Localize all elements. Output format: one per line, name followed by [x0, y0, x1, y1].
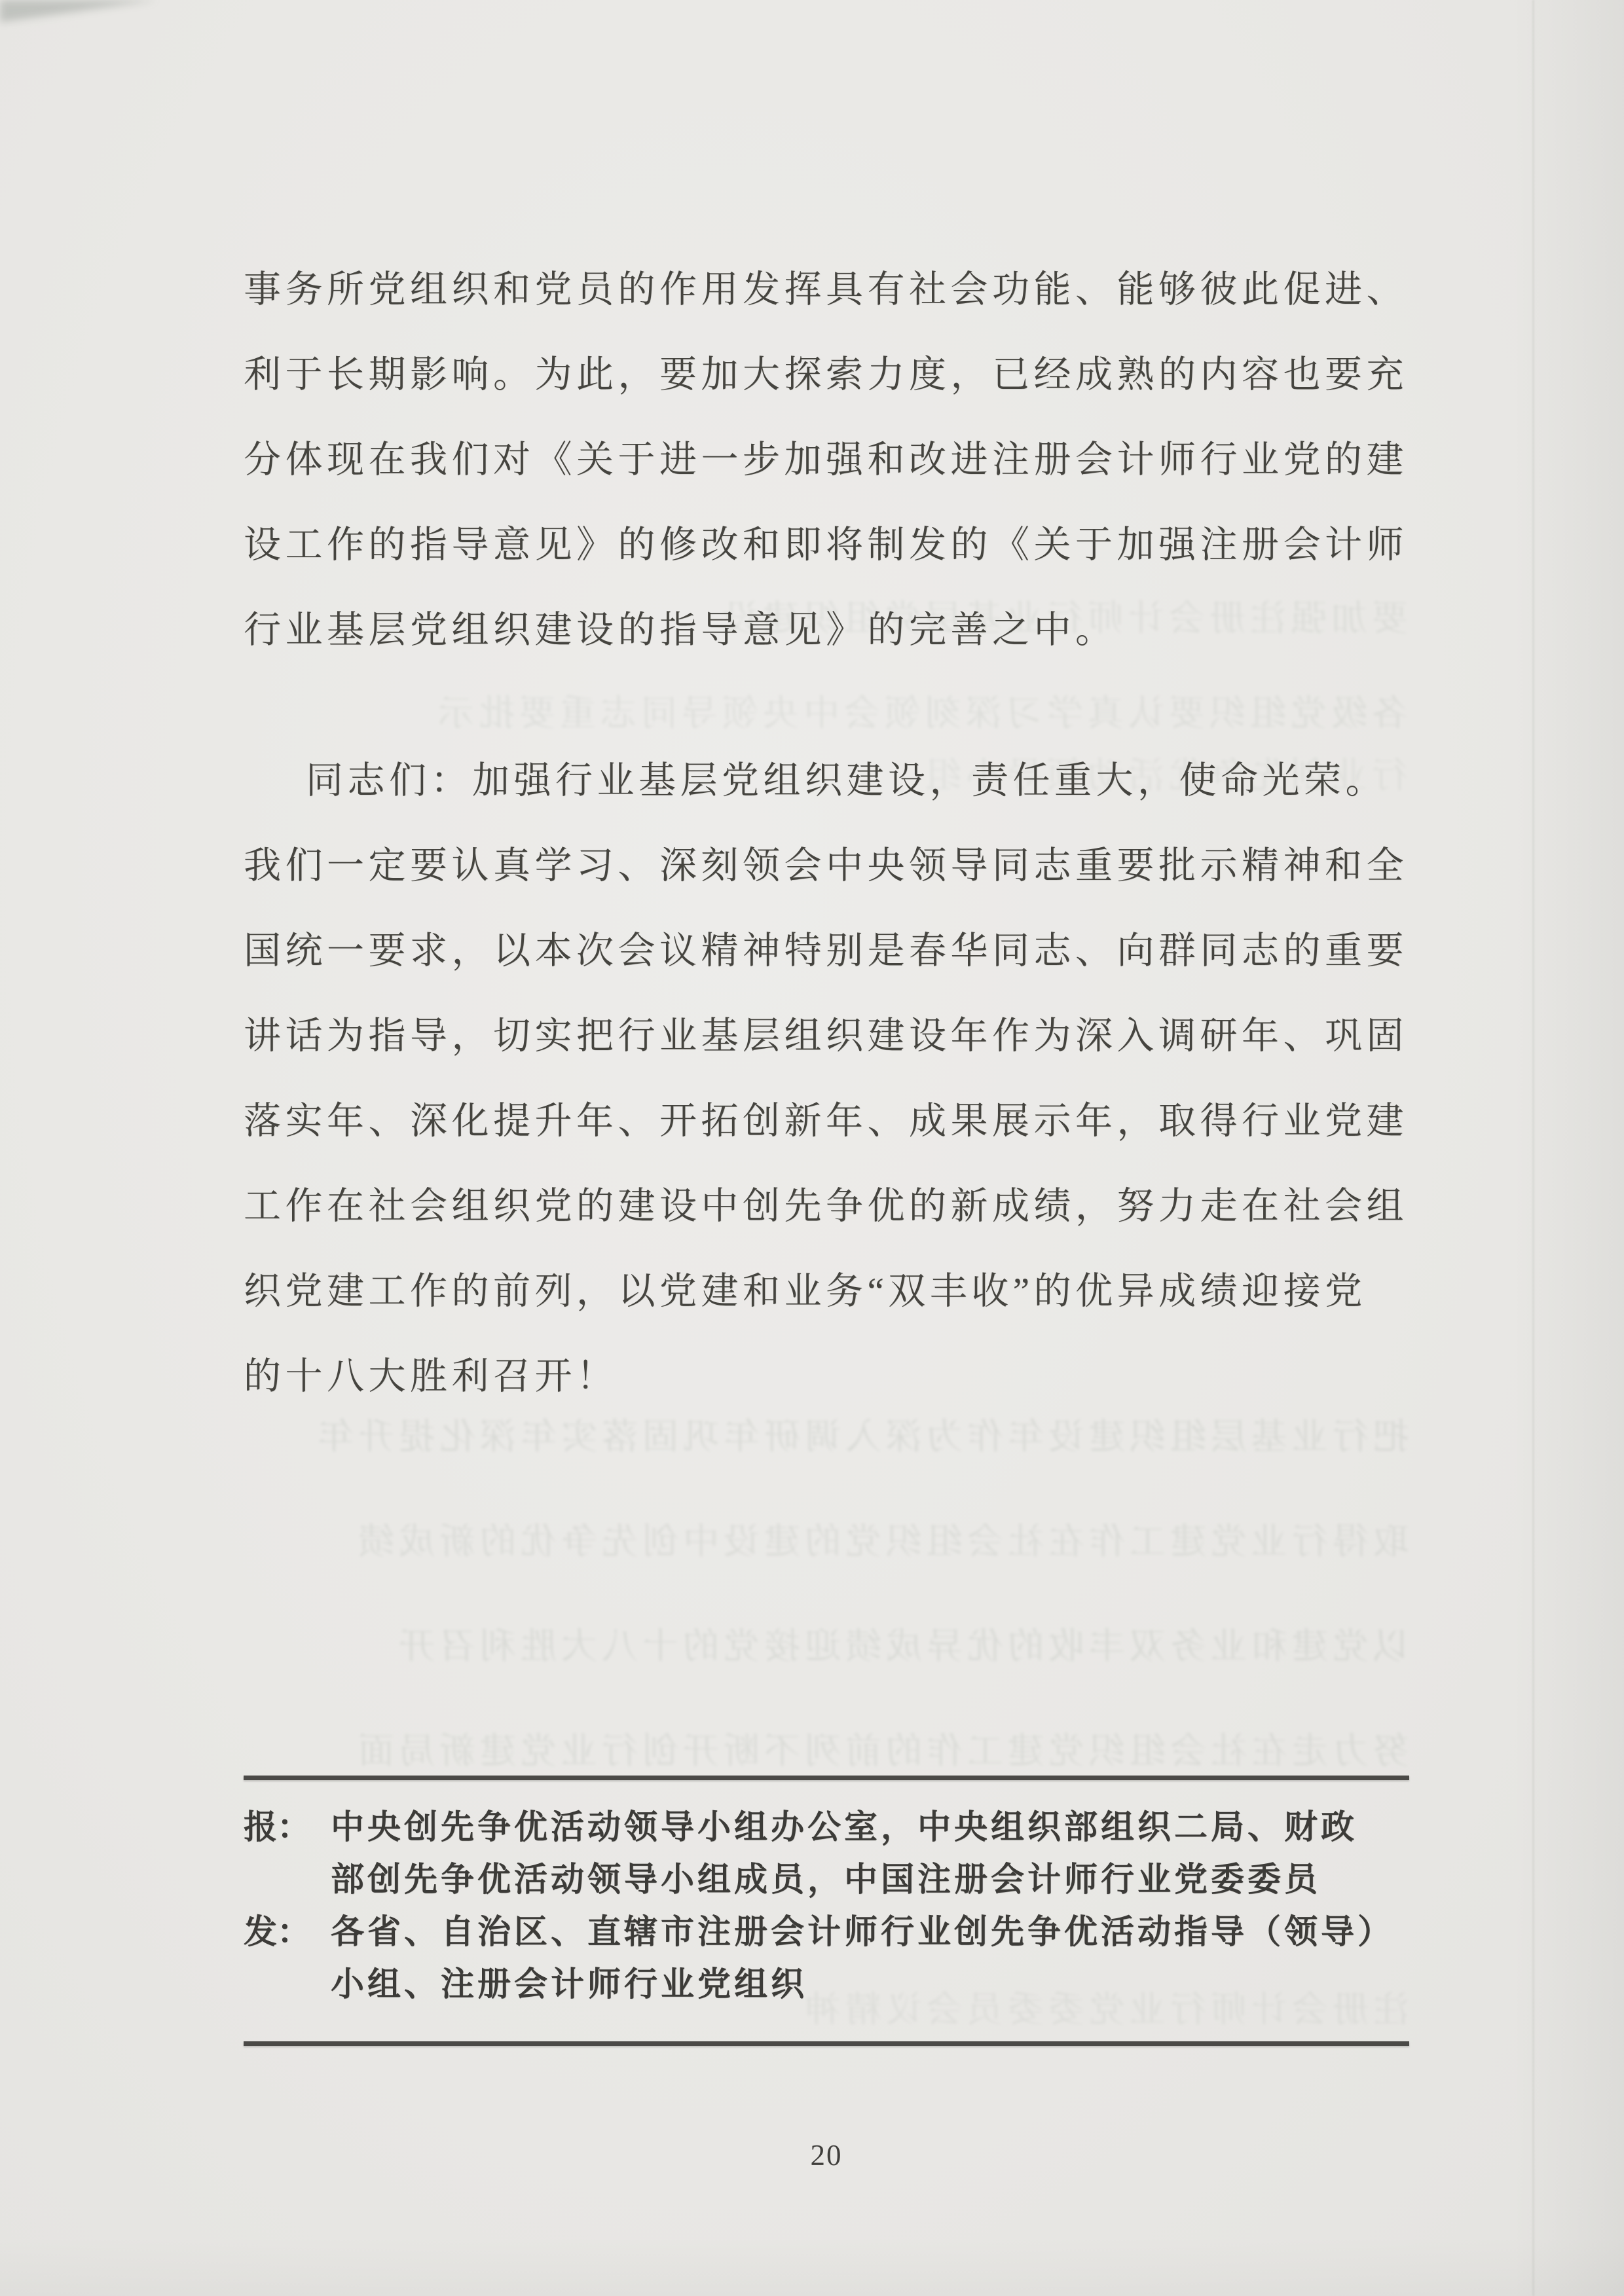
distribution-row-fa: 发： 各省、自治区、直辖市注册会计师行业创先争优活动指导（领导）小组、注册会计师…: [244, 1906, 1416, 2011]
body-text-line: 国统一要求，以本次会议精神特别是春华同志、向群同志的重要: [244, 909, 1416, 994]
bleedthrough-text: 取得行业党建工作在社会组织党的建设中创先争优的新成绩: [244, 1512, 1409, 1564]
bleedthrough-text: 以党建和业务双丰收的优异成绩迎接党的十八大胜利召开: [244, 1617, 1409, 1669]
body-text-line: 讲话为指导，切实把行业基层组织建设年作为深入调研年、巩固: [244, 994, 1416, 1079]
divider-line-top: [244, 1776, 1409, 1780]
paper-crease: [1532, 0, 1534, 2296]
body-text-line: 工作在社会组织党的建设中创先争优的新成绩，努力走在社会组: [244, 1164, 1416, 1249]
distribution-row-bao: 报： 中央创先争优活动领导小组办公室，中央组织部组织二局、财政部创先争优活动领导…: [244, 1802, 1416, 1906]
scanned-document-page: 要加强注册会计师行业基层党组织建设工作的指导意见 各级党组织要认真学习深刻领会中…: [0, 0, 1624, 2296]
distribution-label-bao: 报：: [244, 1802, 331, 1854]
bleedthrough-text: 各级党组织要认真学习深刻领会中央领导同志重要批示精神: [432, 684, 1408, 736]
scan-corner-shadow: [0, 0, 157, 22]
scan-edge-shadow: [1513, 0, 1624, 2296]
distribution-text-line: 部创先争优活动领导小组成员，中国注册会计师行业党委委员: [331, 1854, 1416, 1906]
body-text-line: 设工作的指导意见》的修改和即将制发的《关于加强注册会计师: [244, 503, 1416, 588]
distribution-text-line: 各省、自治区、直辖市注册会计师行业创先争优活动指导（领导）: [331, 1906, 1416, 1959]
body-paragraph-2: 同志们：加强行业基层党组织建设，责任重大，使命光荣。我们一定要认真学习、深刻领会…: [244, 738, 1416, 1419]
body-text-line: 我们一定要认真学习、深刻领会中央领导同志重要批示精神和全: [244, 824, 1416, 909]
distribution-lines-bao: 中央创先争优活动领导小组办公室，中央组织部组织二局、财政部创先争优活动领导小组成…: [331, 1802, 1416, 1906]
page-number: 20: [244, 2136, 1409, 2175]
body-text-line: 利于长期影响。为此，要加大探索力度，已经成熟的内容也要充: [244, 333, 1416, 418]
body-text-line: 分体现在我们对《关于进一步加强和改进注册会计师行业党的建: [244, 418, 1416, 503]
body-paragraph-1: 事务所党组织和党员的作用发挥具有社会功能、能够彼此促进、利于长期影响。为此，要加…: [244, 247, 1416, 673]
divider-line-bottom: [244, 2041, 1409, 2046]
distribution-text-line: 小组、注册会计师行业党组织: [331, 1959, 1416, 2011]
body-text-line: 织党建工作的前列，以党建和业务“双丰收”的优异成绩迎接党: [244, 1249, 1416, 1334]
body-text-line: 的十八大胜利召开！: [244, 1334, 1416, 1419]
distribution-label-fa: 发：: [244, 1906, 331, 1959]
body-text-line: 同志们：加强行业基层党组织建设，责任重大，使命光荣。: [244, 738, 1416, 824]
distribution-text-line: 中央创先争优活动领导小组办公室，中央组织部组织二局、财政: [331, 1802, 1416, 1854]
distribution-lines-fa: 各省、自治区、直辖市注册会计师行业创先争优活动指导（领导）小组、注册会计师行业党…: [331, 1906, 1416, 2011]
body-text-line: 落实年、深化提升年、开拓创新年、成果展示年，取得行业党建: [244, 1079, 1416, 1164]
body-text-line: 事务所党组织和党员的作用发挥具有社会功能、能够彼此促进、: [244, 247, 1416, 333]
scan-edge-shadow: [0, 2237, 1624, 2296]
distribution-block: 报： 中央创先争优活动领导小组办公室，中央组织部组织二局、财政部创先争优活动领导…: [244, 1802, 1416, 2011]
bleedthrough-text: 努力走在社会组织党建工作的前列不断开创行业党建新局面: [244, 1722, 1409, 1774]
body-text-line: 行业基层党组织建设的指导意见》的完善之中。: [244, 588, 1416, 673]
